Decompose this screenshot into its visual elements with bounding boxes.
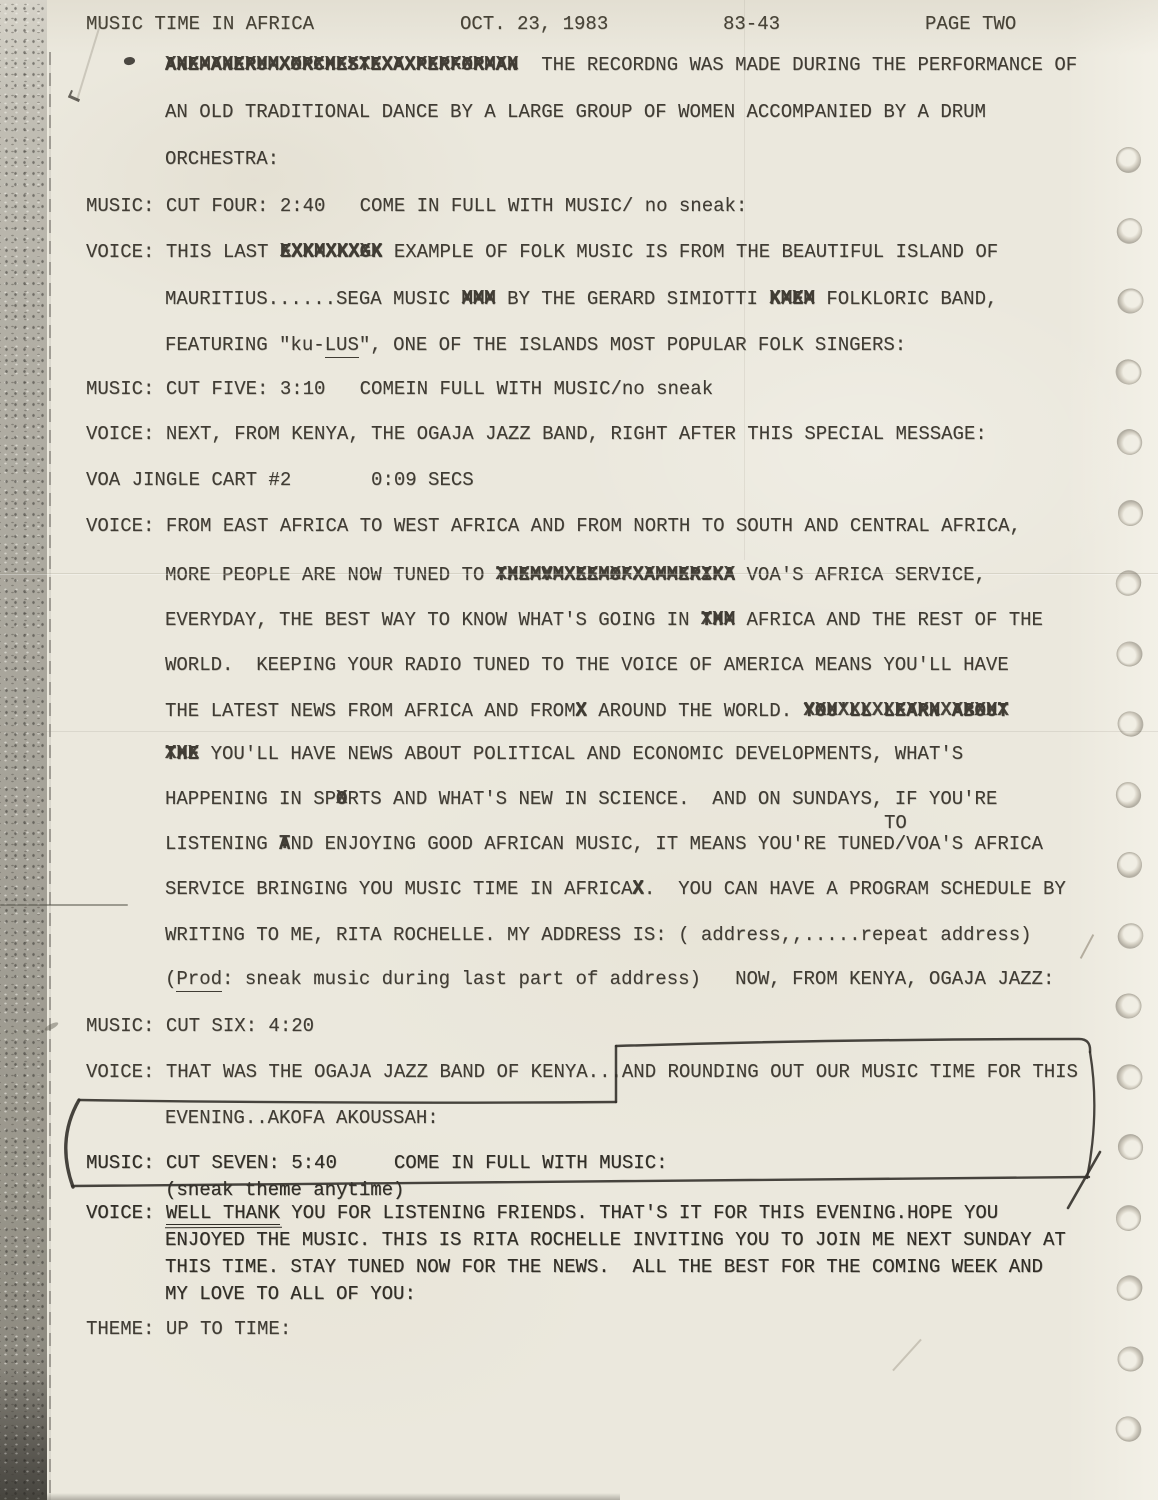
- script-line: MORE PEOPLE ARE NOW TUNED TO THEMVMXEEMO…: [165, 565, 986, 585]
- script-line: MUSIC: CUT FOUR: 2:40 COME IN FULL WITH …: [86, 196, 747, 216]
- struck-out-text: X: [575, 700, 586, 722]
- bottom-edge-shadow: [0, 1493, 620, 1500]
- punch-hole: [1114, 639, 1144, 669]
- ink-mark: [123, 56, 136, 66]
- text-segment: WRITING TO ME, RITA ROCHELLE. MY ADDRESS…: [165, 924, 1032, 946]
- punch-hole: [1115, 285, 1147, 316]
- text-segment: MUSIC: CUT FIVE: 3:10 COMEIN FULL WITH M…: [86, 378, 713, 400]
- text-segment: (: [165, 968, 176, 990]
- script-line: HAPPENING IN SPORTS AND WHAT'S NEW IN SC…: [165, 789, 997, 809]
- text-segment: WORLD. KEEPING YOUR RADIO TUNED TO THE V…: [165, 654, 1009, 676]
- text-segment: EVENING..AKOFA AKOUSSAH:: [165, 1107, 439, 1129]
- script-line: ORCHESTRA:: [165, 149, 279, 169]
- text-segment: YOU FOR LISTENING FRIENDS. THAT'S IT FOR…: [280, 1202, 998, 1224]
- pencil-mark: [1080, 934, 1094, 959]
- scanned-typescript-page: MUSIC TIME IN AFRICA OCT. 23, 1983 83-43…: [0, 0, 1158, 1500]
- script-line: (sneak theme anytime): [165, 1180, 404, 1200]
- text-segment: THEME: UP TO TIME:: [86, 1318, 291, 1340]
- punch-hole: [1117, 498, 1144, 526]
- text-segment: (sneak theme anytime): [165, 1179, 404, 1201]
- struck-out-text: ANEMANERUMXORCHESTEXAXPERFORMAN: [165, 54, 518, 76]
- punch-hole: [1112, 1270, 1148, 1306]
- script-line: AN OLD TRADITIONAL DANCE BY A LARGE GROU…: [165, 102, 986, 122]
- text-segment: MAURITIUS......SEGA MUSIC: [165, 288, 461, 310]
- text-segment: : sneak music during last part of addres…: [222, 968, 1054, 990]
- text-segment: VOA JINGLE CART #2 0:09 SECS: [86, 469, 474, 491]
- paper-edge-line: [49, 52, 51, 1500]
- script-line: EVERYDAY, THE BEST WAY TO KNOW WHAT'S GO…: [165, 610, 1043, 630]
- struck-out-text: O: [336, 788, 347, 810]
- text-segment: AFRICA AND THE REST OF THE: [735, 609, 1043, 631]
- struck-out-text: EXKMXKXGK: [280, 241, 383, 263]
- script-line: THEME: UP TO TIME:: [86, 1319, 291, 1339]
- script-line: LISTENING AND ENJOYING GOOD AFRICAN MUSI…: [165, 834, 1043, 854]
- text-segment: LUS: [325, 334, 359, 358]
- punch-hole: [1114, 1130, 1147, 1163]
- punch-hole: [1112, 917, 1148, 953]
- script-line: FEATURING "ku-LUS", ONE OF THE ISLANDS M…: [165, 335, 906, 355]
- struck-out-text: A: [279, 833, 290, 855]
- script-line: VOICE: WELL THANK YOU FOR LISTENING FRIE…: [86, 1203, 998, 1223]
- header-show-number: 83-43: [723, 14, 780, 34]
- struck-out-text: KMEM: [769, 288, 815, 310]
- struck-out-text: THM: [701, 609, 735, 631]
- punch-hole: [1112, 213, 1148, 249]
- text-segment: MUSIC: CUT SEVEN: 5:40 COME IN FULL WITH…: [86, 1152, 668, 1174]
- script-line: SERVICE BRINGING YOU MUSIC TIME IN AFRIC…: [165, 879, 1066, 899]
- punch-hole: [1111, 1411, 1147, 1447]
- text-segment: YOU'LL HAVE NEWS ABOUT POLITICAL AND ECO…: [199, 743, 963, 765]
- text-segment: AROUND THE WORLD.: [587, 700, 804, 722]
- scan-edge-shadow: [0, 0, 47, 1500]
- text-segment: VOICE: FROM EAST AFRICA TO WEST AFRICA A…: [86, 515, 1021, 537]
- text-segment: Prod: [176, 968, 222, 992]
- struck-out-text: YOU'LL LEARN ABOUT: [804, 700, 1009, 722]
- script-line: MUSIC: CUT FIVE: 3:10 COMEIN FULL WITH M…: [86, 379, 713, 399]
- text-segment: MUSIC: CUT SIX: 4:20: [86, 1015, 314, 1037]
- punch-hole: [1114, 992, 1142, 1020]
- script-line: MUSIC: CUT SIX: 4:20: [86, 1016, 314, 1036]
- text-segment: VOICE: THIS LAST: [86, 241, 280, 263]
- text-segment: . YOU CAN HAVE A PROGRAM SCHEDULE BY: [644, 878, 1066, 900]
- struck-out-text: THE: [165, 743, 199, 765]
- text-segment: ENJOYED THE MUSIC. THIS IS RITA ROCHELLE…: [165, 1229, 1066, 1251]
- header-date: OCT. 23, 1983: [460, 14, 608, 34]
- fold-crease: [744, 0, 745, 560]
- text-segment: MY LOVE TO ALL OF YOU:: [165, 1283, 416, 1305]
- script-line: VOA JINGLE CART #2 0:09 SECS: [86, 470, 474, 490]
- text-segment: WELL THANK: [166, 1202, 280, 1225]
- header-page-label: PAGE TWO: [925, 14, 1016, 34]
- text-segment: EVERYDAY, THE BEST WAY TO KNOW WHAT'S GO…: [165, 609, 701, 631]
- text-segment: FEATURING "ku-: [165, 334, 325, 356]
- text-segment: BY THE GERARD SIMIOTTI: [496, 288, 770, 310]
- script-line: ANEMANERUMXORCHESTEXAXPERFORMAN THE RECO…: [165, 55, 1077, 75]
- script-line: VOICE: THIS LAST EXKMXKXGK EXAMPLE OF FO…: [86, 242, 998, 262]
- struck-out-text: MMM: [461, 288, 495, 310]
- script-line: MUSIC: CUT SEVEN: 5:40 COME IN FULL WITH…: [86, 1153, 668, 1173]
- struck-out-text: THEMVMXEEMOFXAMMERIKA: [496, 564, 735, 586]
- script-line: VOICE: NEXT, FROM KENYA, THE OGAJA JAZZ …: [86, 424, 987, 444]
- script-line: ENJOYED THE MUSIC. THIS IS RITA ROCHELLE…: [165, 1230, 1066, 1250]
- text-segment: SERVICE BRINGING YOU MUSIC TIME IN AFRIC…: [165, 878, 632, 900]
- page-title: MUSIC TIME IN AFRICA: [86, 14, 314, 34]
- script-line: EVENING..AKOFA AKOUSSAH:: [165, 1108, 439, 1128]
- interlinear-insert: TO: [884, 813, 907, 833]
- fold-crease: [0, 731, 1158, 732]
- script-line: WRITING TO ME, RITA ROCHELLE. MY ADDRESS…: [165, 925, 1032, 945]
- punch-hole: [1113, 1202, 1144, 1234]
- script-line: VOICE: THAT WAS THE OGAJA JAZZ BAND OF K…: [86, 1062, 1078, 1082]
- text-segment: ORCHESTRA:: [165, 148, 279, 170]
- struck-out-text: X: [632, 878, 643, 900]
- script-line: VOICE: FROM EAST AFRICA TO WEST AFRICA A…: [86, 516, 1021, 536]
- script-line: THE YOU'LL HAVE NEWS ABOUT POLITICAL AND…: [165, 744, 963, 764]
- script-line: MAURITIUS......SEGA MUSIC MMM BY THE GER…: [165, 289, 997, 309]
- text-segment: THE RECORDNG WAS MADE DURING THE PERFORM…: [518, 54, 1077, 76]
- punch-hole: [1111, 565, 1147, 601]
- text-segment: VOICE: THAT WAS THE OGAJA JAZZ BAND OF K…: [86, 1061, 1078, 1083]
- text-segment: LISTENING: [165, 833, 279, 855]
- punch-hole: [1111, 777, 1145, 812]
- text-segment: THE LATEST NEWS FROM AFRICA AND FROM: [165, 700, 575, 722]
- text-segment: HAPPENING IN SP: [165, 788, 336, 810]
- text-segment: RTS AND WHAT'S NEW IN SCIENCE. AND ON SU…: [347, 788, 997, 810]
- pencil-mark: [892, 1339, 922, 1372]
- punch-hole: [1117, 1346, 1143, 1371]
- text-segment: MUSIC: CUT FOUR: 2:40 COME IN FULL WITH …: [86, 195, 747, 217]
- script-line: THE LATEST NEWS FROM AFRICA AND FROMX AR…: [165, 701, 1009, 721]
- text-segment: ", ONE OF THE ISLANDS MOST POPULAR FOLK …: [359, 334, 906, 356]
- text-segment: AN OLD TRADITIONAL DANCE BY A LARGE GROU…: [165, 101, 986, 123]
- text-segment: ND ENJOYING GOOD AFRICAN MUSIC, IT MEANS…: [290, 833, 1043, 855]
- text-segment: VOICE: NEXT, FROM KENYA, THE OGAJA JAZZ …: [86, 423, 987, 445]
- text-segment: MORE PEOPLE ARE NOW TUNED TO: [165, 564, 496, 586]
- punch-hole: [1115, 850, 1144, 880]
- script-line: WORLD. KEEPING YOUR RADIO TUNED TO THE V…: [165, 655, 1009, 675]
- ink-mark: [68, 90, 82, 102]
- punch-hole: [1112, 1059, 1147, 1094]
- text-segment: THIS TIME. STAY TUNED NOW FOR THE NEWS. …: [165, 1256, 1043, 1278]
- punch-hole: [1112, 424, 1147, 459]
- script-line: THIS TIME. STAY TUNED NOW FOR THE NEWS. …: [165, 1257, 1043, 1277]
- punch-hole: [1113, 707, 1147, 741]
- text-segment: VOICE:: [86, 1202, 166, 1224]
- script-line: (Prod: sneak music during last part of a…: [165, 969, 1054, 989]
- punch-hole: [1116, 147, 1141, 173]
- text-segment: FOLKLORIC BAND,: [815, 288, 997, 310]
- script-line: MY LOVE TO ALL OF YOU:: [165, 1284, 416, 1304]
- punch-hole: [1112, 355, 1145, 388]
- text-segment: VOA'S AFRICA SERVICE,: [735, 564, 986, 586]
- text-segment: EXAMPLE OF FOLK MUSIC IS FROM THE BEAUTI…: [382, 241, 998, 263]
